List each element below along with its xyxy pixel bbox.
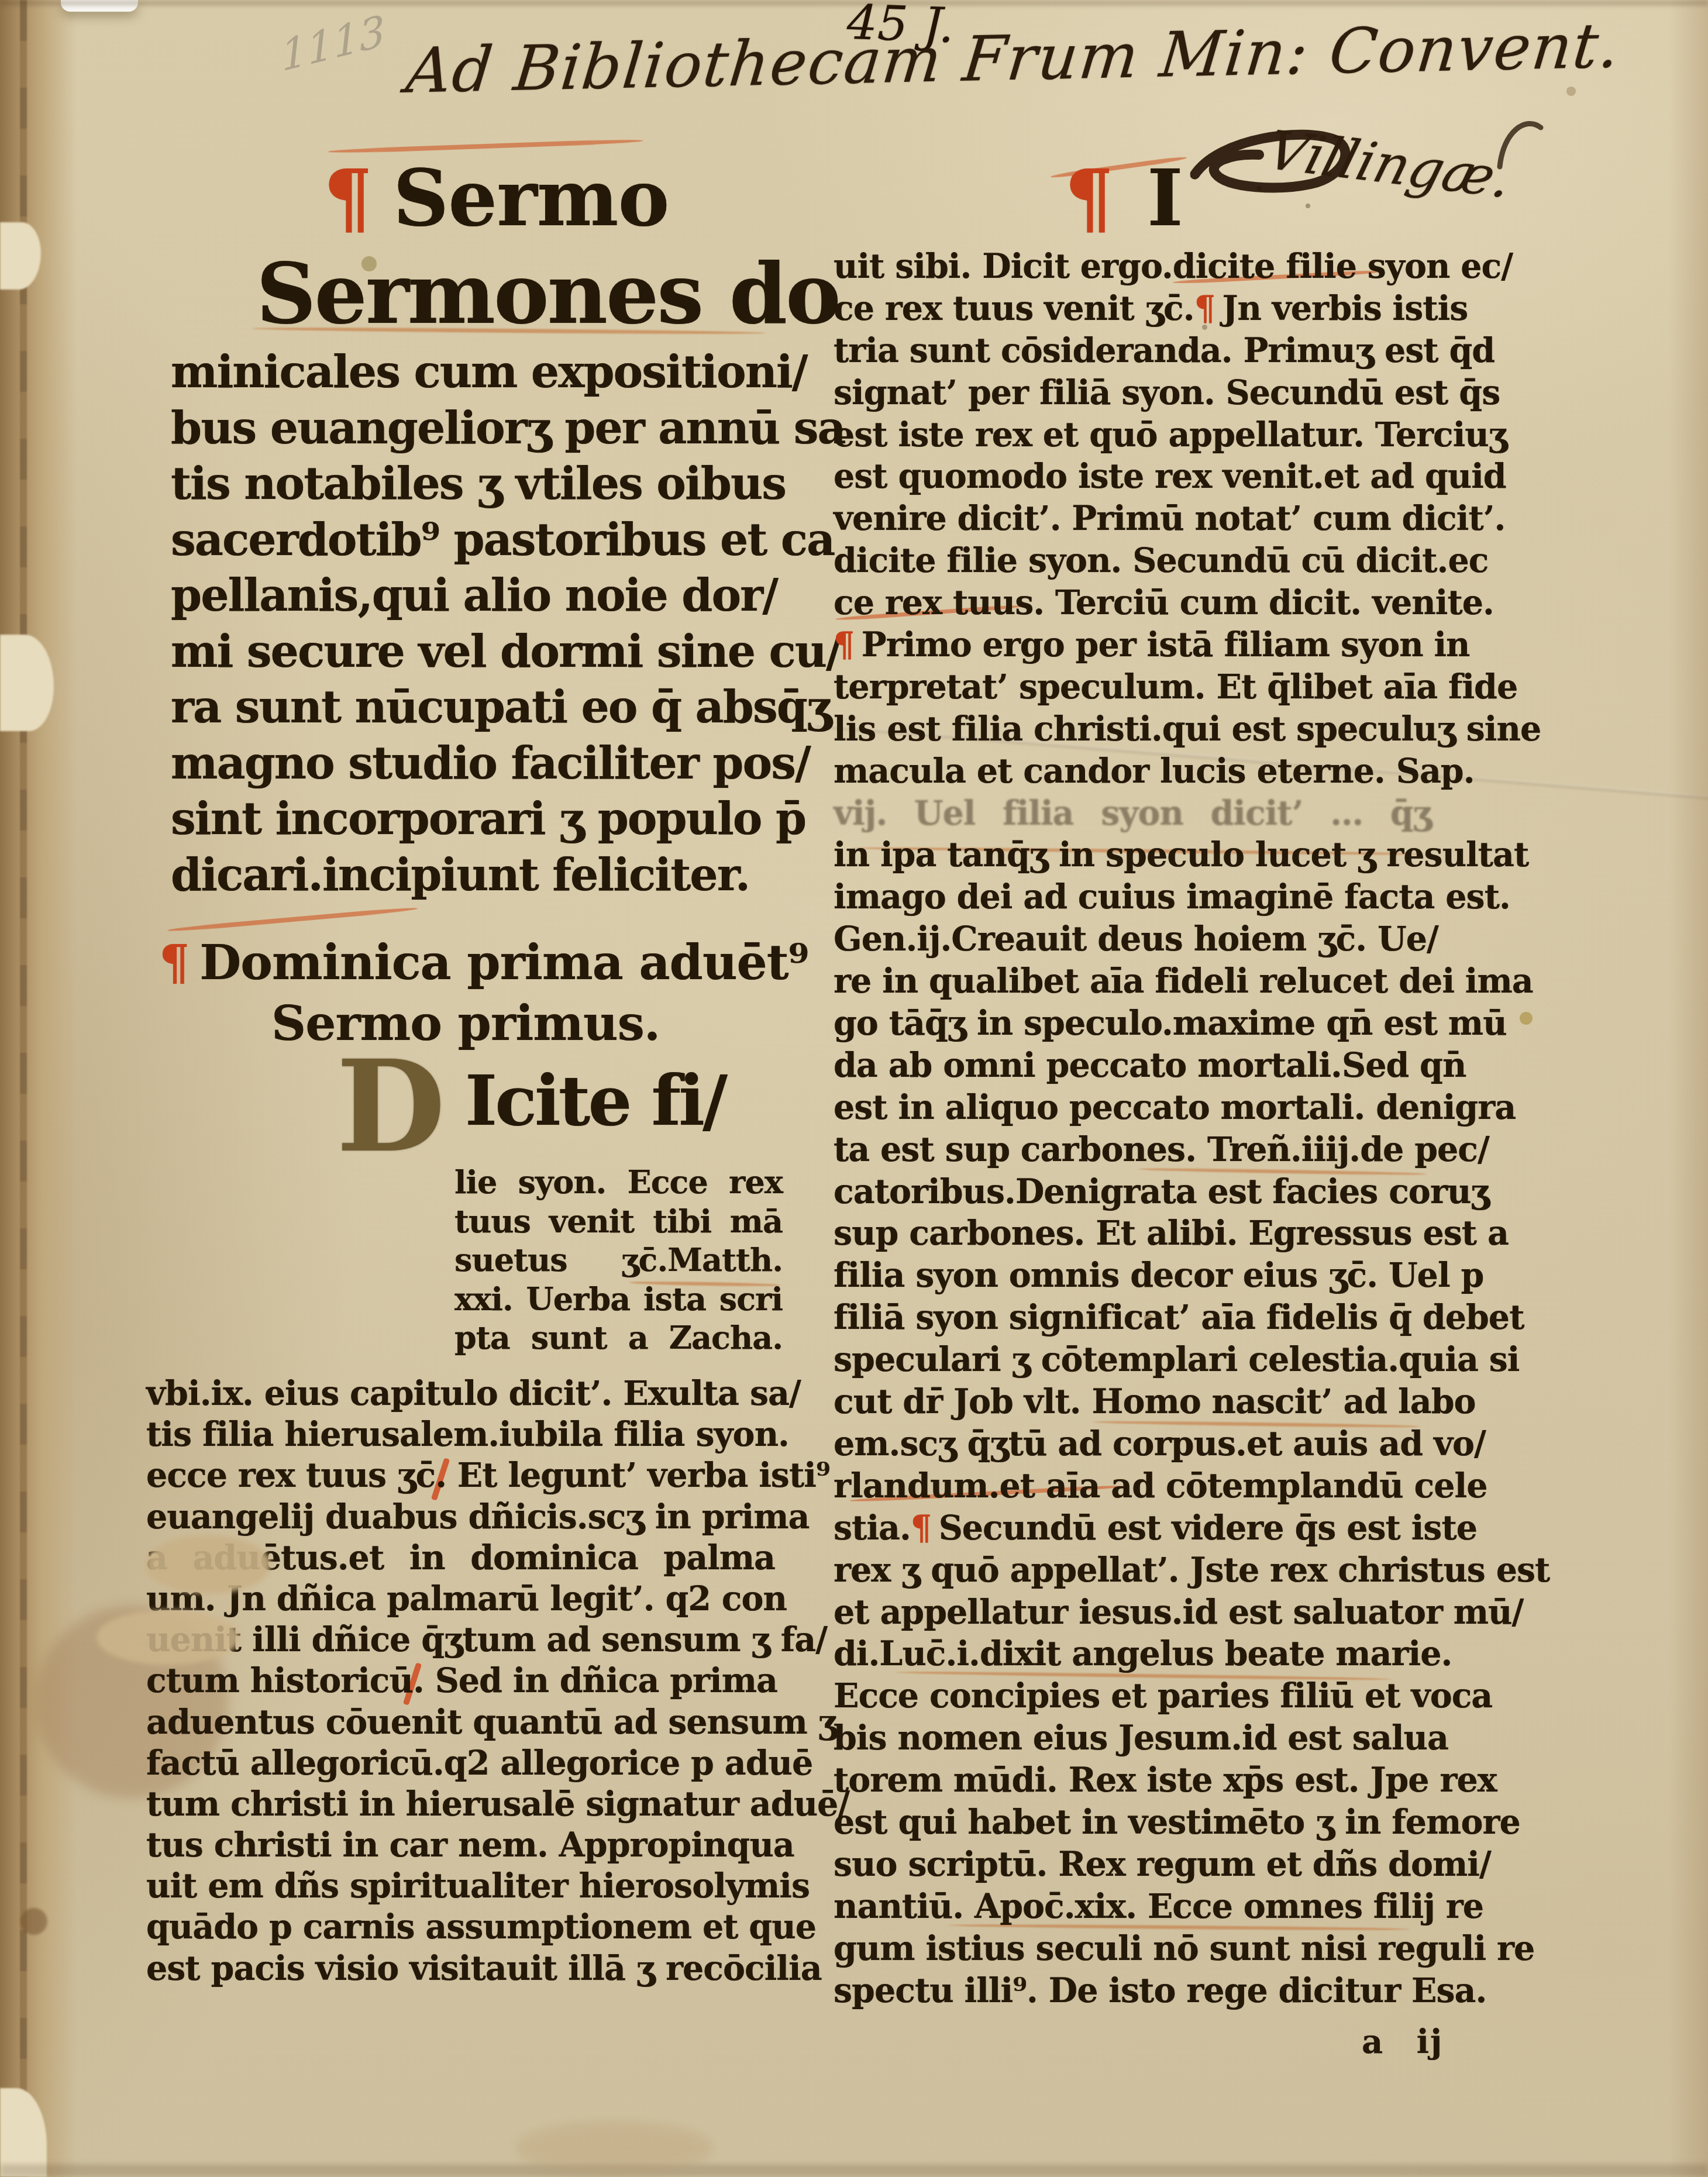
- binding-crack: [20, 0, 27, 2177]
- body-line: macula et candor lucis eterne. Sap.: [834, 750, 1431, 793]
- body-line: spectu illi⁹. De isto rege dicitur Esa.: [834, 1970, 1431, 2012]
- rubric-swash: [328, 139, 643, 154]
- body-line: ecce rex tuus ʒc̄. Et legunt’ verba isti…: [146, 1455, 775, 1496]
- page-bottom-edge: [0, 2164, 1708, 2177]
- pencil-number: 1113: [280, 5, 387, 81]
- body-line: ¶Primo ergo per istā filiam syon in: [834, 624, 1431, 666]
- right-column-heading: ¶I: [1065, 153, 1183, 244]
- incipit-line: pellanis,qui alio noie dor/: [171, 567, 763, 624]
- incipit-line: dicari.incipiunt feliciter.: [171, 847, 763, 903]
- incipit-line: magno studio faciliter pos/: [171, 735, 763, 791]
- incipit-paragraph: minicales cum expositioni/bus euangelior…: [171, 344, 763, 903]
- body-line: Gen.ij.Creauit deus hoiem ʒc̄. Ue/: [834, 918, 1431, 960]
- body-line: go tāq̄ʒ in speculo.maxime qn̄ est mū: [834, 1003, 1431, 1045]
- body-line: factū allegoricū.q2 allegorice p aduē: [146, 1743, 775, 1784]
- body-line: re in qualibet aīa fideli relucet dei im…: [834, 960, 1431, 1003]
- body-line: Ecce concipies et paries filiū et voca: [834, 1675, 1431, 1717]
- incipit-heading: Sermones do: [256, 246, 839, 343]
- book-page: 1113 45 J. Ad Bibliothecam Frum Min: Con…: [0, 0, 1708, 2177]
- foxing-spot: [1566, 87, 1576, 96]
- side-line: xxi. Uerba ista scri: [454, 1280, 783, 1319]
- incipit-line: minicales cum expositioni/: [171, 344, 763, 400]
- body-line: speculari ʒ cōtemplari celestia.quia si: [834, 1339, 1431, 1381]
- body-line: est iste rex et quō appellatur. Terciuʒ: [834, 414, 1431, 456]
- left-column-heading: ¶Sermo: [323, 153, 669, 244]
- body-line: em.scʒ q̄ʒtū ad corpus.et auis ad vo/: [834, 1423, 1431, 1465]
- foxing-spot: [1520, 1012, 1533, 1025]
- side-line: tuus venit tibi mā: [454, 1202, 783, 1241]
- side-line: suetus ʒc̄.Matth.: [454, 1241, 783, 1280]
- body-line: et appellatur iesus.id est saluator mū/: [834, 1592, 1431, 1634]
- body-line: catoribus.Denigrata est facies coruʒ: [834, 1171, 1431, 1213]
- body-line: filia syon omnis decor eius ʒc̄. Uel p: [834, 1255, 1431, 1297]
- pilcrow-rubric: ¶: [834, 625, 854, 664]
- body-line: signat’ per filiā syon. Secundū est q̄s: [834, 372, 1431, 414]
- ink-spot: [20, 1908, 47, 1935]
- incipit-line: mi secure vel dormi sine cu/: [171, 624, 763, 680]
- pilcrow-rubric: ¶: [323, 153, 372, 244]
- body-line: tum christi in hierusalē signatur aduē/: [146, 1784, 775, 1825]
- body-line: imago dei ad cuius imaginē facta est.: [834, 876, 1431, 918]
- body-line: suo scriptū. Rex regum et dñs domi/: [834, 1844, 1431, 1886]
- initial-side-text: lie syon. Ecce rextuus venit tibi māsuet…: [454, 1163, 783, 1358]
- incipit-line: sacerdotib⁹ pastoribus et ca: [171, 512, 763, 568]
- body-line: ctum historicū. Sed in dñica prima: [146, 1661, 775, 1701]
- sermon-rubric-title: ¶Dominica prima aduēt⁹: [159, 935, 808, 991]
- body-line: di.Luc̄.i.dixit angelus beate marie.: [834, 1633, 1431, 1675]
- body-line: torem mūdi. Rex iste xp̄s est. Jpe rex: [834, 1759, 1431, 1801]
- body-line: ce rex tuus venit ʒc̄.¶Jn verbis istis: [834, 288, 1431, 330]
- body-line: in ipa tanq̄ʒ in speculo lucet ʒ resulta…: [834, 834, 1431, 876]
- body-line: dicite filie syon. Secundū cū dicit.ec: [834, 540, 1431, 582]
- body-line: tis filia hierusalem.iubila filia syon.: [146, 1414, 775, 1455]
- body-line: sup carbones. Et alibi. Egressus est a: [834, 1212, 1431, 1255]
- body-line: terpretat’ speculum. Et q̄libet aīa fide: [834, 666, 1431, 708]
- side-line: lie syon. Ecce rex: [454, 1163, 783, 1202]
- body-line: ta est sup carbones. Treñ.iiij.de pec/: [834, 1129, 1431, 1171]
- body-line: rex ʒ quō appellat’. Jste rex christus e…: [834, 1549, 1431, 1592]
- body-line: quādo p carnis assumptionem et que: [146, 1907, 775, 1948]
- body-line: tus christi in car nem. Appropinqua: [146, 1825, 775, 1866]
- stain: [515, 2120, 714, 2176]
- body-line: euangelij duabus dñicis.scʒ in prima: [146, 1497, 775, 1538]
- quire-signature: a ij: [1362, 2023, 1443, 2061]
- body-line: uit sibi. Dicit ergo.dicite filie syon e…: [834, 246, 1431, 288]
- incipit-line: tis notabiles ʒ vtiles oibus: [171, 456, 763, 512]
- body-line: cut dr̄ Job vlt. Homo nascit’ ad labo: [834, 1381, 1431, 1423]
- body-line: vij. Uel filia syon dicit’ … q̄ʒ: [834, 793, 1431, 835]
- body-line: ce rex tuus. Terciū cum dicit. venite.: [834, 582, 1431, 624]
- body-line: est pacis visio visitauit illā ʒ recōcil…: [146, 1948, 775, 1989]
- body-line: tria sunt cōsideranda. Primuʒ est q̄d: [834, 330, 1431, 372]
- stain: [145, 1535, 271, 1594]
- stain: [97, 1610, 240, 1665]
- body-line: est in aliquo peccato mortali. denigra: [834, 1087, 1431, 1129]
- body-line: nantiū. Apoc̄.xix. Ecce omnes filij re: [834, 1886, 1431, 1928]
- rubric-swash: [167, 906, 418, 932]
- pilcrow-rubric: ¶: [911, 1508, 931, 1548]
- body-line: uit em dñs spiritualiter hierosolymis: [146, 1866, 775, 1907]
- incipit-line: ra sunt nūcupati eo q̄ absq̄ʒ: [171, 679, 763, 735]
- pilcrow-rubric: ¶: [1065, 153, 1113, 244]
- incipit-line: bus euangeliorʒ per annū sa: [171, 400, 763, 456]
- body-line: uenit illi dñice q̄ʒtum ad sensum ʒ fa/: [146, 1620, 775, 1661]
- body-line: filiā syon significat’ aīa fidelis q̄ de…: [834, 1297, 1431, 1339]
- incipit-large-text: Icite fi/: [465, 1060, 725, 1141]
- side-line: pta sunt a Zacha.: [454, 1318, 783, 1358]
- body-line: rlandum.et aīa ad cōtemplandū cele: [834, 1465, 1431, 1507]
- pilcrow-rubric: ¶: [1194, 289, 1215, 328]
- body-line: gum istius seculi nō sunt nisi reguli re: [834, 1928, 1431, 1970]
- binding-gutter: [0, 0, 77, 2177]
- body-line: da ab omni peccato mortali.Sed qn̄: [834, 1045, 1431, 1087]
- left-column-body: vbi.ix. eius capitulo dicit’. Exulta sa/…: [146, 1373, 775, 1989]
- body-line: est qui habet in vestimēto ʒ in femore: [834, 1801, 1431, 1844]
- body-line: aduentus cōuenit quantū ad sensum ʒ: [146, 1702, 775, 1743]
- sermon-rubric-subtitle: Sermo primus.: [271, 996, 660, 1052]
- incipit-line: sint incorporari ʒ populo p̄: [171, 791, 763, 847]
- body-line: venire dicit’. Primū notat’ cum dicit’.: [834, 498, 1431, 540]
- lombard-initial: D: [336, 1060, 445, 1153]
- body-line: stia.¶Secundū est videre q̄s est iste: [834, 1507, 1431, 1549]
- body-line: est quomodo iste rex venit.et ad quid: [834, 456, 1431, 498]
- ex-libris-inscription: Ad Bibliothecam Frum Min: Convent.: [403, 9, 1624, 107]
- page-right-edge: [1668, 0, 1708, 2177]
- body-line: bis nomen eius Jesum.id est salua: [834, 1717, 1431, 1759]
- body-line: vbi.ix. eius capitulo dicit’. Exulta sa/: [146, 1373, 775, 1414]
- body-line: lis est filia christi.qui est speculuʒ s…: [834, 708, 1431, 750]
- pilcrow-rubric: ¶: [159, 935, 189, 991]
- right-column-body: uit sibi. Dicit ergo.dicite filie syon e…: [834, 246, 1431, 2011]
